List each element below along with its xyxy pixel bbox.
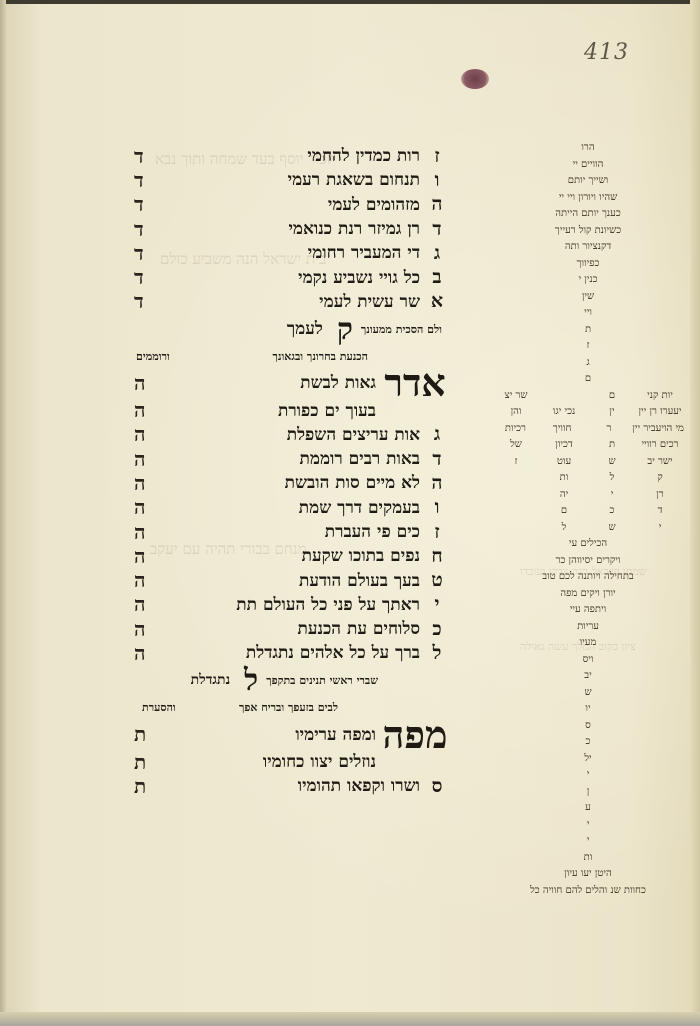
masorah-grid-row: קלות: [488, 470, 688, 487]
verse-text: ומפה ערימיו: [132, 725, 382, 745]
masorah-cell: ישר יב: [636, 454, 684, 471]
verse-text: בעמקים דרך שמת: [132, 498, 426, 518]
scan-edge-top: [0, 0, 700, 4]
verse-line: יראתך על פני כל העולם תתה: [132, 593, 448, 617]
verse-line: הלא מיים סות הובשתה: [132, 471, 448, 495]
masorah-cell: ם: [540, 503, 588, 520]
verse-text: בעוך ים כפורת: [132, 401, 382, 421]
verse-line: כסלוחים עת הכנעתה: [132, 617, 448, 641]
acrostic-letter: ל: [426, 642, 448, 665]
verse-line: לברך על כל אלהים נתגדלתה: [132, 641, 448, 665]
main-text-column: זרות כמדין להחמיד ותנחום בשאגת רעמיד המז…: [132, 144, 448, 799]
masorah-line: כנין י: [488, 272, 688, 289]
large-letter: ק: [329, 312, 361, 347]
line-end-letter: ת: [134, 722, 146, 747]
masorah-line: ם: [488, 371, 688, 388]
masorah-line: ג: [488, 355, 688, 372]
line-end-letter: ה: [134, 617, 146, 642]
acrostic-letter: ב: [426, 266, 448, 289]
masorah-cell: ק: [636, 470, 684, 487]
masorah-line: שהיו ויורון ויי יי: [488, 190, 688, 207]
acrostic-letter: ה: [426, 193, 448, 216]
heading-word: אדר: [382, 364, 448, 402]
verse-text: באות רבים רוממת: [132, 449, 426, 469]
masorah-cell: י: [636, 520, 684, 537]
verse-text: כל גויי נשביע נקמי: [132, 268, 426, 288]
acrostic-letter: ז: [426, 145, 448, 168]
masorah-line: ת: [488, 322, 688, 339]
masorah-cell: [492, 487, 540, 504]
masorah-line: כענך יותם הייתה: [488, 206, 688, 223]
masorah-cell: [492, 520, 540, 537]
verse-line: אשר עשית לעמיד: [132, 290, 448, 314]
verse-line: זרות כמדין להחמיד: [132, 144, 448, 168]
transition-text-left: לעמך: [287, 319, 329, 339]
masorah-line: היטן יעו עיון: [488, 866, 688, 883]
line-end-letter: ה: [134, 568, 146, 593]
masorah-cell: יה: [540, 487, 588, 504]
verse-text: אות עריצים השפלת: [132, 425, 426, 445]
masorah-line: יו: [488, 701, 688, 718]
masorah-line: יורן ויקים מפה: [488, 586, 688, 603]
masorah-cell: י: [588, 487, 636, 504]
line-end-letter: ה: [134, 592, 146, 617]
verse-text: בעך בעולם הודעת: [132, 571, 426, 591]
masorah-line: ש: [488, 685, 688, 702]
masorah-line: ז: [488, 338, 688, 355]
masorah-margin: הרו הוויים יי ושייך יותם שהיו ויורון ויי…: [488, 140, 688, 899]
masorah-line: כפיווך: [488, 256, 688, 273]
line-end-letter: ה: [134, 398, 146, 423]
line-end-letter: ה: [134, 641, 146, 666]
transition-line: ולם הסכית ממעונך ק לעמך: [132, 314, 448, 344]
verse-line: טבעך בעולם הודעתה: [132, 568, 448, 592]
verse-line: דרן גמיזר רנת כנואמיד: [132, 217, 448, 241]
verse-line: גאות עריצים השפלתה: [132, 423, 448, 447]
line-end-letter: ד: [134, 168, 144, 193]
masorah-grid-row: יות קניםשר יצ: [488, 388, 688, 405]
masorah-cell: ות: [540, 470, 588, 487]
folio-number: 413: [584, 40, 629, 65]
masorah-cell: ש: [588, 520, 636, 537]
line-end-letter: ה: [134, 471, 146, 496]
line-end-letter: ה: [134, 447, 146, 472]
masorah-cell: ת: [588, 437, 636, 454]
verse-line: בעוך ים כפורתה: [132, 398, 448, 422]
masorah-grid-row: דכם: [488, 503, 688, 520]
acrostic-letter: ז: [426, 521, 448, 544]
verse-text: שר עשית לעמי: [132, 292, 426, 312]
verse-line: אדרגאות לבשתה: [132, 368, 448, 398]
verse-line: המזהומים לעמיד: [132, 193, 448, 217]
masorah-line: דקנציור ותה: [488, 239, 688, 256]
line-end-letter: ת: [134, 774, 146, 799]
masorah-line: הכילים עי: [488, 536, 688, 553]
masorah-cell: [492, 470, 540, 487]
transition-text-right: שברי ראשי תנינים בתקפך: [266, 674, 448, 687]
page-gutter-left: [0, 0, 6, 1026]
masorah-cell: מי הויעביר יין: [632, 421, 684, 438]
masorah-line: יל: [488, 751, 688, 768]
transition-text-right: ולם הסכית ממעונך: [361, 323, 448, 336]
masorah-cell: רכיות: [492, 421, 539, 438]
verse-text: תנחום בשאגת רעמי: [132, 170, 426, 190]
masorah-line: ויי: [488, 305, 688, 322]
manuscript-page: 413 יזכור יוסף בעד שמחה ותוך נבא בית ישר…: [0, 0, 700, 1026]
masorah-line: ויתפה עיי: [488, 602, 688, 619]
verse-text: ברך על כל אלהים נתגדלת: [132, 643, 426, 663]
verse-text: די המעביר רחומי: [132, 243, 426, 263]
masorah-line: ות: [488, 850, 688, 867]
line-end-letter: ד: [134, 265, 144, 290]
verse-text: ושרו וקפאו תהומיו: [132, 776, 426, 796]
masorah-grid-row: מי הויעביר ייןרחוויךרכיות: [488, 421, 688, 438]
verse-line: דבאות רבים רוממתה: [132, 447, 448, 471]
acrostic-letter: ס: [426, 775, 448, 798]
verse-text: נוזלים יצוו כחומיו: [132, 752, 382, 772]
masorah-cell: ם: [588, 388, 636, 405]
acrostic-letter: ד: [426, 218, 448, 241]
masorah-line: בתחילה ויותנה לכם טוב: [488, 569, 688, 586]
verse-line: גדי המעביר רחומיד: [132, 241, 448, 265]
transition-text-left: והסערת: [132, 701, 182, 714]
verse-line: מפהומפה ערימיות: [132, 720, 448, 750]
masorah-line: ויקרים יסיווהן כר: [488, 553, 688, 570]
masorah-cell: של: [492, 437, 540, 454]
verse-line: נוזלים יצוו כחומיות: [132, 750, 448, 774]
masorah-line: עריות: [488, 619, 688, 636]
masorah-cell: יעערו רן יין: [636, 404, 684, 421]
line-end-letter: ת: [134, 750, 146, 775]
line-end-letter: ד: [134, 217, 144, 242]
masorah-cell: [492, 503, 540, 520]
acrostic-letter: כ: [426, 618, 448, 641]
masorah-grid-row: ישל: [488, 520, 688, 537]
line-end-letter: ה: [134, 520, 146, 545]
masorah-line: ן: [488, 784, 688, 801]
masorah-line: ס: [488, 718, 688, 735]
transition-line: שברי ראשי תנינים בתקפך ל נתגדלת: [132, 666, 448, 696]
masorah-cell: [540, 388, 588, 405]
masorah-cell: ין: [588, 404, 636, 421]
masorah-line: ושייך יותם: [488, 173, 688, 190]
masorah-line: כ: [488, 734, 688, 751]
scan-edge-bottom: [0, 1012, 700, 1026]
transition-text-left: ורוממים: [132, 350, 176, 363]
masorah-cell: נכי יגו: [540, 404, 588, 421]
line-end-letter: ד: [134, 289, 144, 314]
masorah-line: יב: [488, 668, 688, 685]
acrostic-letter: י: [426, 593, 448, 616]
line-end-letter: ד: [134, 144, 144, 169]
transition-text-left: נתגדלת: [191, 672, 237, 689]
acrostic-letter: ד: [426, 448, 448, 471]
masorah-line: י: [488, 817, 688, 834]
line-end-letter: ה: [134, 371, 146, 396]
large-letter: ל: [236, 663, 266, 698]
masorah-line: ויס: [488, 652, 688, 669]
masorah-line: י: [488, 767, 688, 784]
masorah-grid-row: רכים רווייתדכיוןשל: [488, 437, 688, 454]
masorah-line: כחוות שנ והלים להם חוויה כל: [488, 883, 688, 900]
acrostic-letter: א: [426, 290, 448, 313]
heading-word: מפה: [382, 716, 448, 754]
verse-text: לא מיים סות הובשת: [132, 473, 426, 493]
acrostic-letter: ג: [426, 242, 448, 265]
masorah-cell: ש: [588, 454, 636, 471]
line-end-letter: ד: [134, 192, 144, 217]
acrostic-letter: ו: [426, 169, 448, 192]
verse-text: מזהומים לעמי: [132, 195, 426, 215]
masorah-line: שין: [488, 289, 688, 306]
masorah-cell: עוט: [540, 454, 588, 471]
masorah-grid-row: ישר יבשעוטז: [488, 454, 688, 471]
masorah-line: הוויים יי: [488, 157, 688, 174]
masorah-grid-row: רןייה: [488, 487, 688, 504]
masorah-cell: ז: [492, 454, 540, 471]
verse-line: חנפים בתוכו שקעתה: [132, 544, 448, 568]
acrostic-letter: ה: [426, 472, 448, 495]
masorah-line: כשיונת קול רעייך: [488, 223, 688, 240]
masorah-cell: חוויך: [539, 421, 586, 438]
masorah-cell: כ: [588, 503, 636, 520]
ink-stain: [461, 69, 489, 89]
verse-text: ראתך על פני כל העולם תת: [132, 595, 426, 615]
masorah-cell: ר: [586, 421, 633, 438]
line-end-letter: ד: [134, 241, 144, 266]
line-end-letter: ה: [134, 422, 146, 447]
masorah-cell: ל: [540, 520, 588, 537]
masorah-line: ע: [488, 800, 688, 817]
masorah-line: הרו: [488, 140, 688, 157]
masorah-cell: דכיון: [540, 437, 588, 454]
line-end-letter: ה: [134, 544, 146, 569]
verse-text: כים פי העברת: [132, 522, 426, 542]
acrostic-letter: ט: [426, 569, 448, 592]
verse-line: סושרו וקפאו תהומיות: [132, 774, 448, 798]
verse-text: רן גמיזר רנת כנואמי: [132, 219, 426, 239]
acrostic-letter: ו: [426, 496, 448, 519]
verse-line: ובעמקים דרך שמתה: [132, 496, 448, 520]
masorah-line: מעיו: [488, 635, 688, 652]
verse-text: סלוחים עת הכנעת: [132, 619, 426, 639]
masorah-cell: רן: [636, 487, 684, 504]
masorah-cell: והן: [492, 404, 540, 421]
masorah-line: י: [488, 833, 688, 850]
masorah-grid-row: יעערו רן ייןיןנכי יגווהן: [488, 404, 688, 421]
verse-line: ותנחום בשאגת רעמיד: [132, 168, 448, 192]
masorah-cell: שר יצ: [492, 388, 540, 405]
verse-text: גאות לבשת: [132, 373, 382, 393]
verse-line: בכל גויי נשביע נקמיד: [132, 265, 448, 289]
page-edge-right: [690, 0, 700, 1026]
line-end-letter: ה: [134, 495, 146, 520]
acrostic-letter: ח: [426, 545, 448, 568]
verse-text: נפים בתוכו שקעת: [132, 546, 426, 566]
masorah-cell: רכים רוויי: [636, 437, 684, 454]
masorah-cell: יות קני: [636, 388, 684, 405]
verse-text: רות כמדין להחמי: [132, 146, 426, 166]
masorah-cell: ד: [636, 503, 684, 520]
verse-line: זכים פי העברתה: [132, 520, 448, 544]
acrostic-letter: ג: [426, 423, 448, 446]
masorah-cell: ל: [588, 470, 636, 487]
